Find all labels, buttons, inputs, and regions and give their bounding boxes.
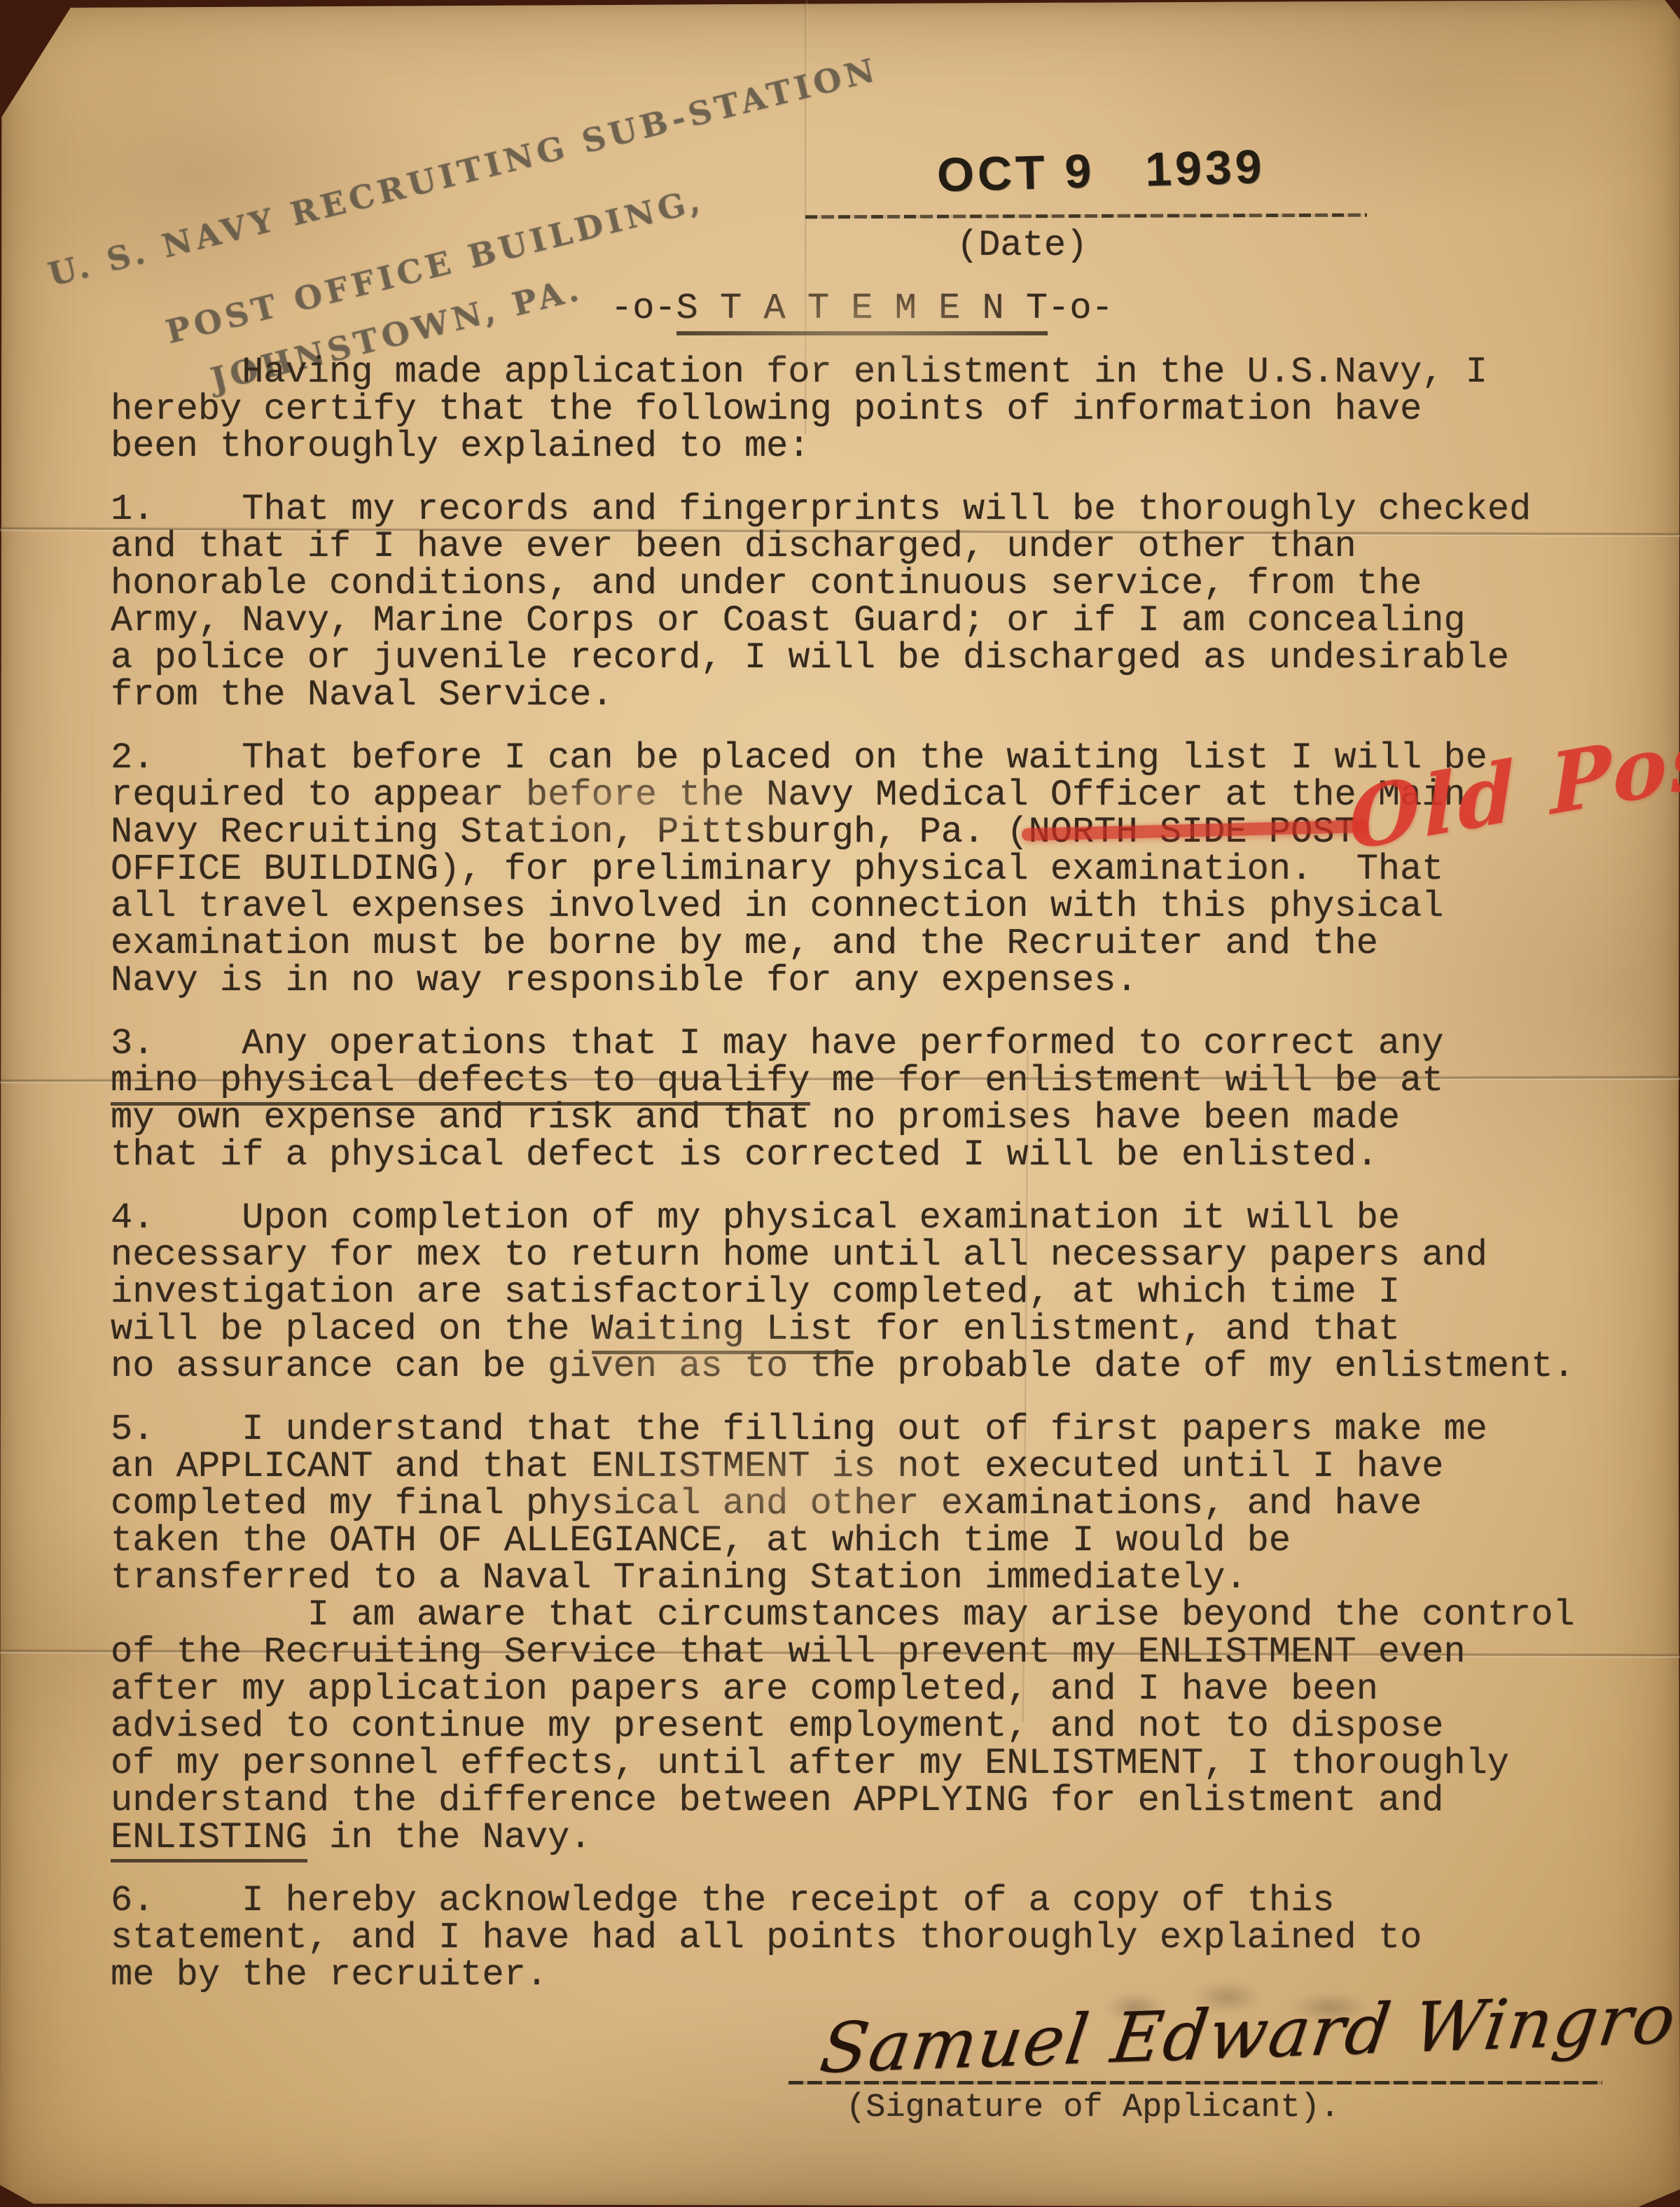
- scanned-document: { "document": { "stamp": { "lines": [ "U…: [0, 0, 1680, 2207]
- typed-text: that if a physical defect is corrected I…: [111, 1134, 1378, 1176]
- typed-text: OFFICE BUILDING), for preliminary physic…: [111, 849, 1444, 890]
- typed-text: me for enlistment will be at: [810, 1060, 1444, 1101]
- text-line: 3. Any operations that I may have perfor…: [111, 1025, 1651, 1062]
- text-line: and that if I have ever been discharged,…: [111, 528, 1651, 565]
- text-line: Army, Navy, Marine Corps or Coast Guard;…: [111, 602, 1651, 639]
- paragraph: 6. I hereby acknowledge the receipt of a…: [111, 1882, 1651, 1993]
- typed-text: 6. I hereby acknowledge the receipt of a…: [111, 1880, 1334, 1921]
- typed-text: me by the recruiter.: [111, 1954, 548, 1996]
- typed-text: 2. That before I can be placed on the wa…: [111, 737, 1487, 779]
- text-line: understand the difference between APPLYI…: [111, 1782, 1651, 1819]
- text-line: statement, and I have had all points tho…: [111, 1919, 1651, 1956]
- text-line: from the Naval Service.: [111, 676, 1651, 713]
- text-line: advised to continue my present employmen…: [111, 1708, 1651, 1745]
- typed-text: completed my final physical and other ex…: [111, 1483, 1422, 1524]
- typed-text: 1. That my records and fingerprints will…: [111, 489, 1531, 530]
- text-line: 5. I understand that the filling out of …: [111, 1411, 1651, 1448]
- typed-text: an APPLICANT and that ENLISTMENT is not …: [111, 1446, 1444, 1487]
- typed-text: understand the difference between APPLYI…: [111, 1780, 1444, 1821]
- text-line: no assurance can be given as to the prob…: [111, 1348, 1651, 1385]
- text-line: of my personnel effects, until after my …: [111, 1745, 1651, 1782]
- text-line: examination must be borne by me, and the…: [111, 925, 1651, 962]
- typed-text: Army, Navy, Marine Corps or Coast Guard;…: [111, 600, 1466, 641]
- underlined-text: ENLISTING: [111, 1817, 307, 1863]
- text-line: been thoroughly explained to me:: [111, 428, 1651, 465]
- red-struck-text: NORTH SIDE POST: [1029, 812, 1356, 853]
- typed-text: 3. Any operations that I may have perfor…: [111, 1023, 1444, 1064]
- typed-text: after my application papers are complete…: [111, 1669, 1378, 1710]
- typed-text: taken the OATH OF ALLEGIANCE, at which t…: [111, 1520, 1291, 1561]
- typed-text: Navy Recruiting Station, Pittsburgh, Pa.…: [111, 812, 1029, 853]
- typed-text: examination must be borne by me, and the…: [111, 923, 1378, 964]
- date-stamp: OCT 91939: [936, 139, 1265, 202]
- typed-text: honorable conditions, and under continuo…: [111, 563, 1422, 604]
- typed-text: from the Naval Service.: [111, 674, 613, 716]
- typed-text: Navy is in no way responsible for any ex…: [111, 960, 1138, 1001]
- date-stamp-gap: [1095, 186, 1146, 187]
- typed-text: hereby certify that the following points…: [111, 389, 1422, 430]
- text-line: necessary for mex to return home until a…: [111, 1237, 1651, 1274]
- title-text: S T A T E M E N T: [676, 288, 1048, 335]
- typed-text: necessary for mex to return home until a…: [111, 1234, 1487, 1276]
- text-line: hereby certify that the following points…: [111, 391, 1651, 428]
- text-line: completed my final physical and other ex…: [111, 1485, 1651, 1522]
- signature-caption: (Signature of Applicant).: [846, 2091, 1340, 2126]
- text-line: my own expense and risk and that no prom…: [111, 1099, 1651, 1136]
- text-line: 1. That my records and fingerprints will…: [111, 491, 1651, 528]
- typed-text: required to appear before the Navy Medic…: [111, 774, 1466, 816]
- date-label: (Date): [957, 227, 1088, 264]
- typed-text: 5. I understand that the filling out of …: [111, 1409, 1487, 1450]
- title-suffix: -o-: [1048, 288, 1113, 329]
- typed-text: for enlistment, and that: [854, 1309, 1400, 1350]
- date-stamp-month-day: OCT 9: [936, 144, 1095, 202]
- text-line: an APPLICANT and that ENLISTMENT is not …: [111, 1448, 1651, 1485]
- paragraph: Having made application for enlistment i…: [111, 354, 1651, 465]
- date-stamp-year: 1939: [1144, 140, 1265, 196]
- typed-text: statement, and I have had all points tho…: [111, 1917, 1422, 1958]
- text-line: all travel expenses involved in connecti…: [111, 888, 1651, 925]
- typed-text: 4. Upon completion of my physical examin…: [111, 1197, 1400, 1239]
- typed-text: in the Navy.: [307, 1817, 592, 1858]
- text-line: that if a physical defect is corrected I…: [111, 1136, 1651, 1174]
- title-prefix: -o-: [611, 288, 676, 329]
- typed-body: Having made application for enlistment i…: [111, 354, 1651, 2019]
- text-line: of the Recruiting Service that will prev…: [111, 1634, 1651, 1671]
- paragraph: 5. I understand that the filling out of …: [111, 1411, 1651, 1856]
- paragraph: 3. Any operations that I may have perfor…: [111, 1025, 1651, 1174]
- text-line: Having made application for enlistment i…: [111, 354, 1651, 391]
- text-line: honorable conditions, and under continuo…: [111, 565, 1651, 602]
- text-line: after my application papers are complete…: [111, 1671, 1651, 1708]
- text-line: Navy is in no way responsible for any ex…: [111, 962, 1651, 999]
- typed-text: will be placed on the: [111, 1309, 592, 1350]
- text-line: mino physical defects to qualify me for …: [111, 1062, 1651, 1099]
- typed-text: a police or juvenile record, I will be d…: [111, 637, 1509, 678]
- typed-text: been thoroughly explained to me:: [111, 426, 810, 467]
- typed-text: investigation are satisfactorily complet…: [111, 1272, 1400, 1313]
- text-line: 6. I hereby acknowledge the receipt of a…: [111, 1882, 1651, 1919]
- text-line: transferred to a Naval Training Station …: [111, 1559, 1651, 1596]
- typed-text: no assurance can be given as to the prob…: [111, 1346, 1575, 1387]
- text-line: 4. Upon completion of my physical examin…: [111, 1199, 1651, 1237]
- paragraph: 1. That my records and fingerprints will…: [111, 491, 1651, 713]
- statement-title: -o-S T A T E M E N T-o-: [611, 290, 1113, 327]
- typed-text: Having made application for enlistment i…: [111, 351, 1487, 393]
- typed-text: advised to continue my present employmen…: [111, 1706, 1444, 1747]
- typed-text: my own expense and risk and that no prom…: [111, 1097, 1400, 1139]
- typed-text: and that if I have ever been discharged,…: [111, 526, 1356, 567]
- text-line: a police or juvenile record, I will be d…: [111, 639, 1651, 676]
- text-line: I am aware that circumstances may arise …: [111, 1596, 1651, 1634]
- typed-text: transferred to a Naval Training Station …: [111, 1557, 1247, 1599]
- text-line: will be placed on the Waiting List for e…: [111, 1311, 1651, 1348]
- paragraph: 4. Upon completion of my physical examin…: [111, 1199, 1651, 1385]
- text-line: ENLISTING in the Navy.: [111, 1819, 1651, 1856]
- typed-text: all travel expenses involved in connecti…: [111, 886, 1444, 927]
- typed-text: I am aware that circumstances may arise …: [111, 1594, 1575, 1636]
- typed-text: of my personnel effects, until after my …: [111, 1743, 1509, 1784]
- text-line: taken the OATH OF ALLEGIANCE, at which t…: [111, 1522, 1651, 1559]
- text-line: investigation are satisfactorily complet…: [111, 1274, 1651, 1311]
- typed-text: of the Recruiting Service that will prev…: [111, 1631, 1466, 1673]
